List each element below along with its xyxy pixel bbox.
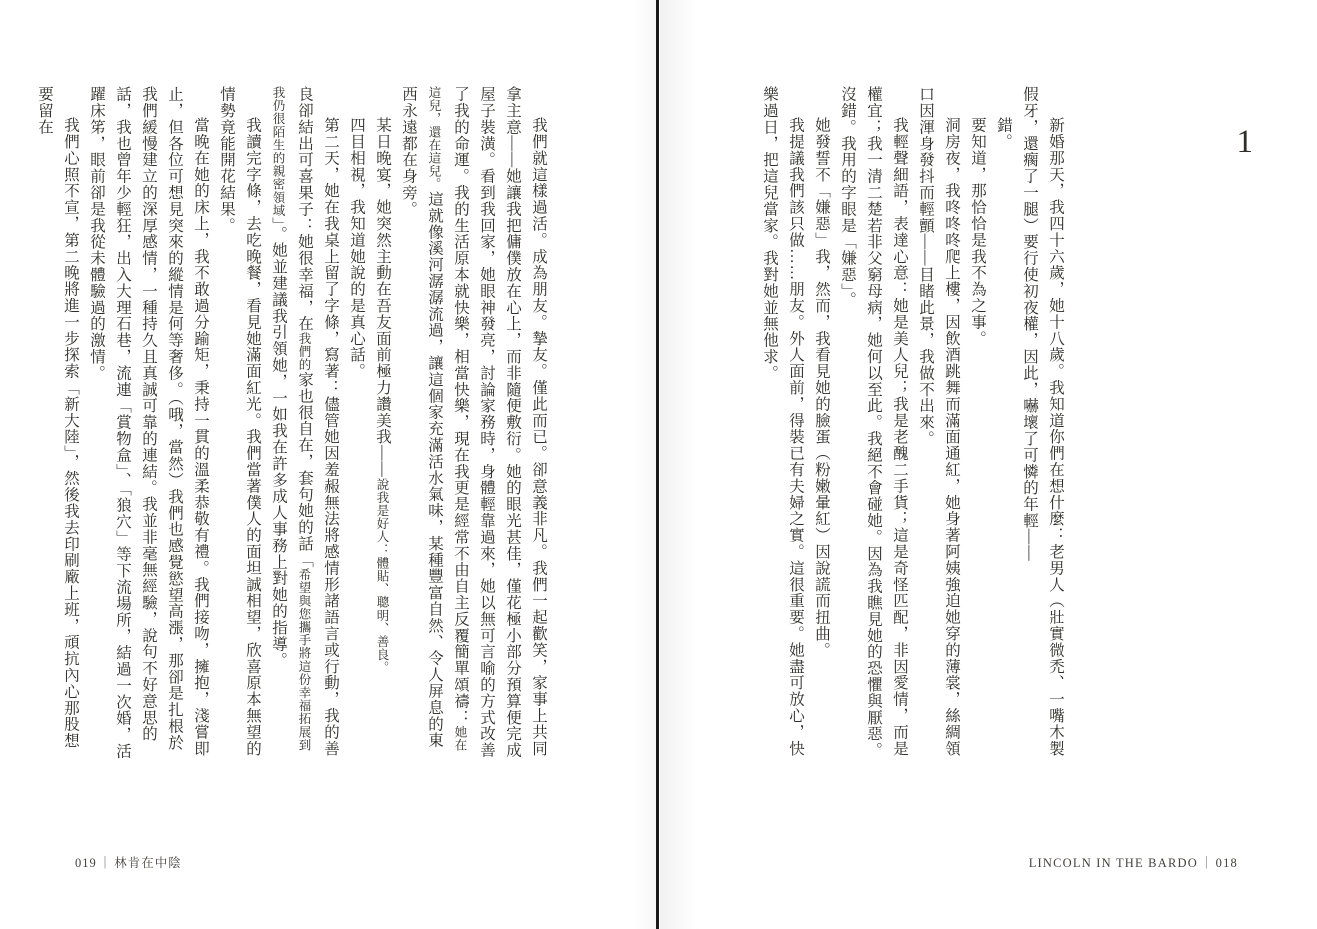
inline-text: 我讀完字條，去吃晚餐，看見她滿面紅光。我們當著僕人的面坦誠相望，欣喜原本無望的情… (218, 86, 261, 757)
paragraph: 某日晚宴，她突然主動在吾友面前極力讚美我——說我是好人：體貼、聰明、善良。 (369, 86, 395, 762)
inline-text: 我提議我們該只做……朋友。外人面前，得裝已有夫婦之實。這很重要。她盡可放心，快樂… (761, 86, 804, 757)
inline-text: 她發誓不「嫌惡」我，然而，我看見她的臉蛋（粉嫩暈紅）因說謊而扭曲。 (813, 117, 830, 658)
inline-text: 要知道，那恰恰是我不為之事。 (969, 117, 986, 347)
inline-text: 我們心照不宣，第二晚將進一步探索「新大陸」，然後我去印刷廠上班，頑抗內心那股想要… (36, 86, 79, 749)
paragraph: 我們就這樣過活。成為朋友。摯友。僅此而已。卻意義非凡。我們一起歡笑，家事上共同拿… (395, 86, 551, 762)
inline-text: 當晚在她的床上，我不敢過分踰矩，秉持一貫的溫柔恭敬有禮。我們接吻，擁抱，淺嘗即止… (88, 86, 209, 759)
paragraph: 我提議我們該只做……朋友。外人面前，得裝已有夫婦之實。這很重要。她盡可放心，快樂… (756, 86, 808, 762)
paragraph: 新婚那天，我四十六歲，她十八歲。我知道你們在想什麼：老男人（壯實微禿、一嘴木製假… (1016, 86, 1068, 762)
paragraph: 錯。 (990, 86, 1016, 762)
page-spine-divider (656, 0, 659, 929)
right-page-footer: LINCOLN IN THE BARDO｜018 (1029, 853, 1238, 871)
page-right: 1 新婚那天，我四十六歲，她十八歲。我知道你們在想什麼：老男人（壯實微禿、一嘴木… (660, 0, 1317, 929)
book-spread: 我們就這樣過活。成為朋友。摯友。僅此而已。卻意義非凡。我們一起歡笑，家事上共同拿… (0, 0, 1317, 929)
right-page-number: 018 (1216, 856, 1238, 870)
paragraph: 洞房夜，我咚咚咚爬上樓，因飲酒跳舞而滿面通紅，她身著阿姨強迫她穿的薄裳，絲綢領口… (912, 86, 964, 762)
inline-text: 新婚那天，我四十六歲，她十八歲。我知道你們在想什麼：老男人（壯實微禿、一嘴木製假… (1021, 86, 1064, 757)
inline-text: 」。她並建議我引領她，一如我在許多成人事務上對她的指導。 (270, 217, 287, 668)
inline-small-text: 說我是好人：體貼、聰明、善良。 (375, 478, 389, 675)
left-page-number: 019 (75, 856, 97, 870)
paragraph: 第二天，她在我桌上留了字條，寫著：儘管她因羞赧無法將感情形諸語言或行動，我的善良… (265, 86, 343, 762)
paragraph: 我輕聲細語，表達心意：她是美人兒；我是老醜二手貨；這是奇怪匹配，非因愛情，而是權… (834, 86, 912, 762)
paragraph: 要知道，那恰恰是我不為之事。 (964, 86, 990, 762)
inline-small-text: 我們的 (297, 332, 311, 371)
chapter-number: 1 (1237, 126, 1254, 159)
paragraph: 我讀完字條，去吃晚餐，看見她滿面紅光。我們當著僕人的面坦誠相望，欣喜原本無望的情… (213, 86, 265, 762)
page-left: 我們就這樣過活。成為朋友。摯友。僅此而已。卻意義非凡。我們一起歡笑，家事上共同拿… (0, 0, 656, 929)
paragraph: 她發誓不「嫌惡」我，然而，我看見她的臉蛋（粉嫩暈紅）因說謊而扭曲。 (808, 86, 834, 762)
paragraph: 四目相視，我知道她說的是真心話。 (343, 86, 369, 762)
book-title-en: LINCOLN IN THE BARDO (1029, 856, 1198, 870)
inline-text: 某日晚宴，她突然主動在吾友面前極力讚美我—— (374, 117, 391, 478)
inline-text: 家也很自在，套句她的話「 (296, 371, 313, 568)
paragraph: 當晚在她的床上，我不敢過分踰矩，秉持一貫的溫柔恭敬有禮。我們接吻，擁抱，淺嘗即止… (83, 86, 213, 762)
inline-text: 洞房夜，我咚咚咚爬上樓，因飲酒跳舞而滿面通紅，她身著阿姨強迫她穿的薄裳，絲綢領口… (917, 86, 960, 757)
inline-text: 我輕聲細語，表達心意：她是美人兒；我是老醜二手貨；這是奇怪匹配，非因愛情，而是權… (839, 86, 908, 758)
inline-text: 錯。 (995, 117, 1012, 150)
left-page-text: 我們就這樣過活。成為朋友。摯友。僅此而已。卻意義非凡。我們一起歡笑，家事上共同拿… (46, 86, 551, 762)
footer-separator-left: ｜ (99, 856, 113, 870)
right-page-text: 新婚那天，我四十六歲，她十八歲。我知道你們在想什麼：老男人（壯實微禿、一嘴木製假… (748, 86, 1068, 762)
inline-text: 四目相視，我知道她說的是真心話。 (348, 117, 365, 379)
left-page-footer: 019｜林肯在中陰 (75, 853, 182, 871)
inline-text: 我們就這樣過活。成為朋友。摯友。僅此而已。卻意義非凡。我們一起歡笑，家事上共同拿… (452, 86, 547, 758)
paragraph: 我們心照不宣，第二晚將進一步探索「新大陸」，然後我去印刷廠上班，頑抗內心那股想要… (31, 86, 83, 762)
footer-separator-right: ｜ (1200, 856, 1214, 870)
book-title-zh: 林肯在中陰 (114, 856, 182, 870)
